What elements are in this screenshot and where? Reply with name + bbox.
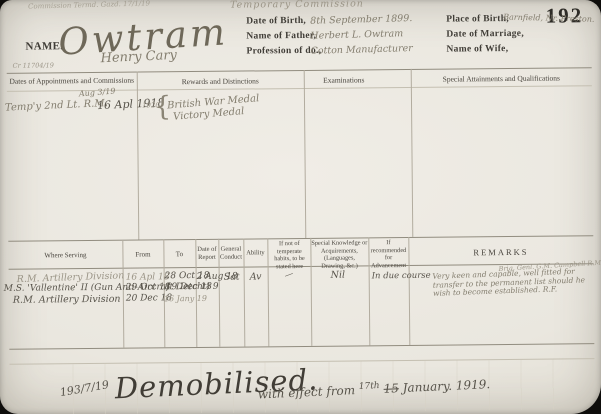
th-remarks: REMARKS (408, 246, 593, 258)
th-to: To (163, 250, 195, 259)
row1-ability: Av (250, 271, 262, 282)
th-temperate-habits: If not of temperate habits, to be stated… (268, 240, 310, 271)
record-card: Commission Termd. Gazd. 17/1/19 Temporar… (0, 0, 601, 414)
appointment-super-date: Aug 3/19 (79, 87, 116, 99)
th-where-serving: Where Serving (8, 251, 122, 260)
row1-from: 16 Apl 18 (126, 272, 170, 282)
row3-to: 16 Jany 19 (164, 294, 207, 303)
field-label-pob: Place of Birth, (446, 14, 509, 25)
header-attainments: Special Attainments and Qualifications (411, 73, 592, 84)
field-label-wife: Name of Wife, (446, 44, 508, 55)
footer-struck-day: 15 (383, 381, 399, 396)
th-advancement: If recommended for Advancement (369, 239, 407, 270)
th-date-of-report: Date of Report (195, 246, 218, 262)
row2-from: 29 Oct 18 (126, 282, 171, 292)
footer-day: 17th (359, 381, 380, 392)
row1-conduct: Sat (224, 272, 240, 283)
rule-top-of-middle (7, 67, 592, 74)
ref-number: Cr 11704/19 (13, 61, 54, 69)
remarks-text: Very keen and capable, well fitted for t… (432, 267, 591, 299)
th-general-conduct: General Conduct (218, 246, 243, 262)
th-ability: Ability (243, 249, 267, 257)
forenames-script: Henry Cary (100, 48, 177, 66)
th-from: From (122, 250, 163, 259)
divider-middle-3 (411, 69, 414, 237)
header-appointments: Dates of Appointments and Commissions (7, 76, 137, 86)
header-rewards: Rewards and Distinctions (137, 76, 304, 87)
field-label-dob: Date of Birth, (246, 16, 306, 27)
field-label-father: Name of Father, (246, 31, 316, 42)
th-special-knowledge: Special Knowledge or Acquirements, (Lang… (311, 239, 367, 270)
row1-advancement: In due course (372, 271, 431, 282)
field-value-profession: Cotton Manufacturer (310, 43, 413, 57)
field-value-father: Herbert L. Owtram (310, 28, 403, 42)
row2-to: 19 Dec 18 (166, 282, 212, 292)
pencil-note-left: Commission Termd. Gazd. 17/1/19 (28, 0, 150, 11)
header-examinations: Examinations (304, 75, 384, 85)
row1-temperate: — (283, 269, 295, 282)
field-value-pob: Barnfield, Nr. Preston. (503, 12, 594, 23)
row1-knowledge: Nil (331, 270, 345, 281)
appointment-rank: Temp'y 2nd Lt. R.M. (5, 98, 108, 114)
rule-table-bottom (9, 343, 594, 350)
scan-tilt-wrapper: Commission Termd. Gazd. 17/1/19 Temporar… (0, 0, 601, 414)
row3-where: R.M. Artillery Division (13, 294, 121, 306)
field-label-marriage: Date of Marriage, (446, 29, 524, 40)
divider-middle-2 (304, 70, 307, 238)
field-value-dob: 8th September 1899. (310, 13, 412, 27)
pencil-note-right: Temporary Commission (230, 0, 364, 11)
